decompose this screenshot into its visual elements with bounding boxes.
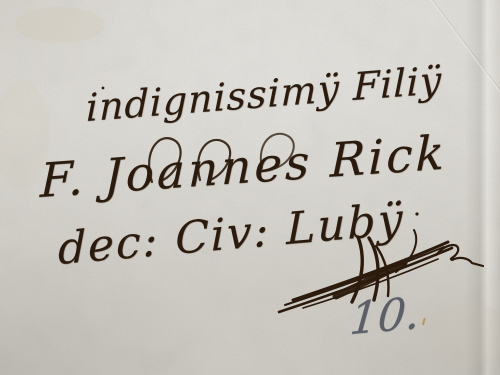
- ink-speck: [102, 87, 105, 90]
- ink-speck: [415, 212, 418, 215]
- paper-fiber: [422, 318, 426, 325]
- paraph-tail: [436, 245, 483, 266]
- pencil-page-number: 10.: [348, 288, 422, 346]
- signature-flourish: [0, 0, 500, 375]
- manuscript-photo: indignissimÿ Filiÿ F. Joannes Rick dec: …: [0, 0, 500, 375]
- ascender-loops: [149, 134, 294, 182]
